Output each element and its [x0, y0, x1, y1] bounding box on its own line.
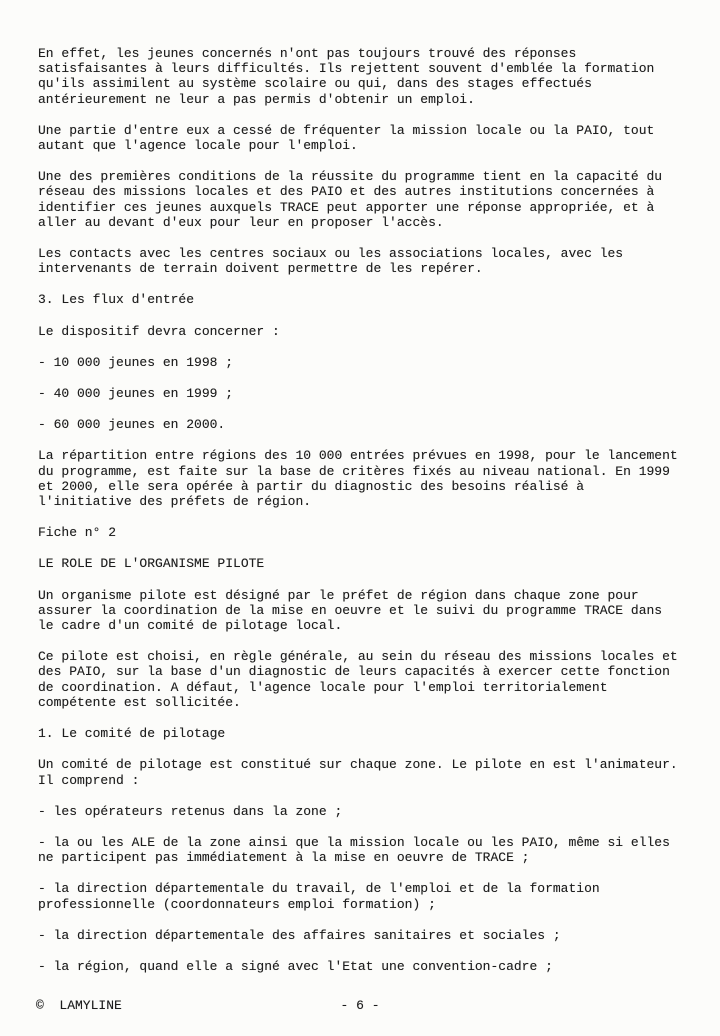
paragraph: En effet, les jeunes concernés n'ont pas…: [38, 46, 712, 107]
paragraph: Les contacts avec les centres sociaux ou…: [38, 246, 712, 276]
list-item: - la région, quand elle a signé avec l'E…: [38, 959, 712, 974]
section-heading: 3. Les flux d'entrée: [38, 292, 712, 307]
list-item: - 60 000 jeunes en 2000.: [38, 417, 712, 432]
list-item: - la ou les ALE de la zone ainsi que la …: [38, 835, 712, 865]
section-heading: LE ROLE DE L'ORGANISME PILOTE: [38, 556, 712, 571]
document-page: En effet, les jeunes concernés n'ont pas…: [0, 0, 720, 1036]
paragraph: Le dispositif devra concerner :: [38, 324, 712, 339]
paragraph: Un organisme pilote est désigné par le p…: [38, 588, 712, 634]
page-number: - 6 -: [0, 998, 720, 1013]
list-item: - la direction départementale des affair…: [38, 928, 712, 943]
paragraph: Une partie d'entre eux a cessé de fréque…: [38, 123, 712, 153]
paragraph: Ce pilote est choisi, en règle générale,…: [38, 649, 712, 710]
section-heading: Fiche n° 2: [38, 525, 712, 540]
list-item: - la direction départementale du travail…: [38, 881, 712, 911]
paragraph: Une des premières conditions de la réuss…: [38, 169, 712, 230]
list-item: - 10 000 jeunes en 1998 ;: [38, 355, 712, 370]
paragraph: Un comité de pilotage est constitué sur …: [38, 757, 712, 787]
section-heading: 1. Le comité de pilotage: [38, 726, 712, 741]
list-item: - 40 000 jeunes en 1999 ;: [38, 386, 712, 401]
paragraph: La répartition entre régions des 10 000 …: [38, 448, 712, 509]
document-body: En effet, les jeunes concernés n'ont pas…: [38, 46, 712, 990]
list-item: - les opérateurs retenus dans la zone ;: [38, 804, 712, 819]
page-footer: © LAMYLINE - 6 -: [0, 998, 720, 1018]
